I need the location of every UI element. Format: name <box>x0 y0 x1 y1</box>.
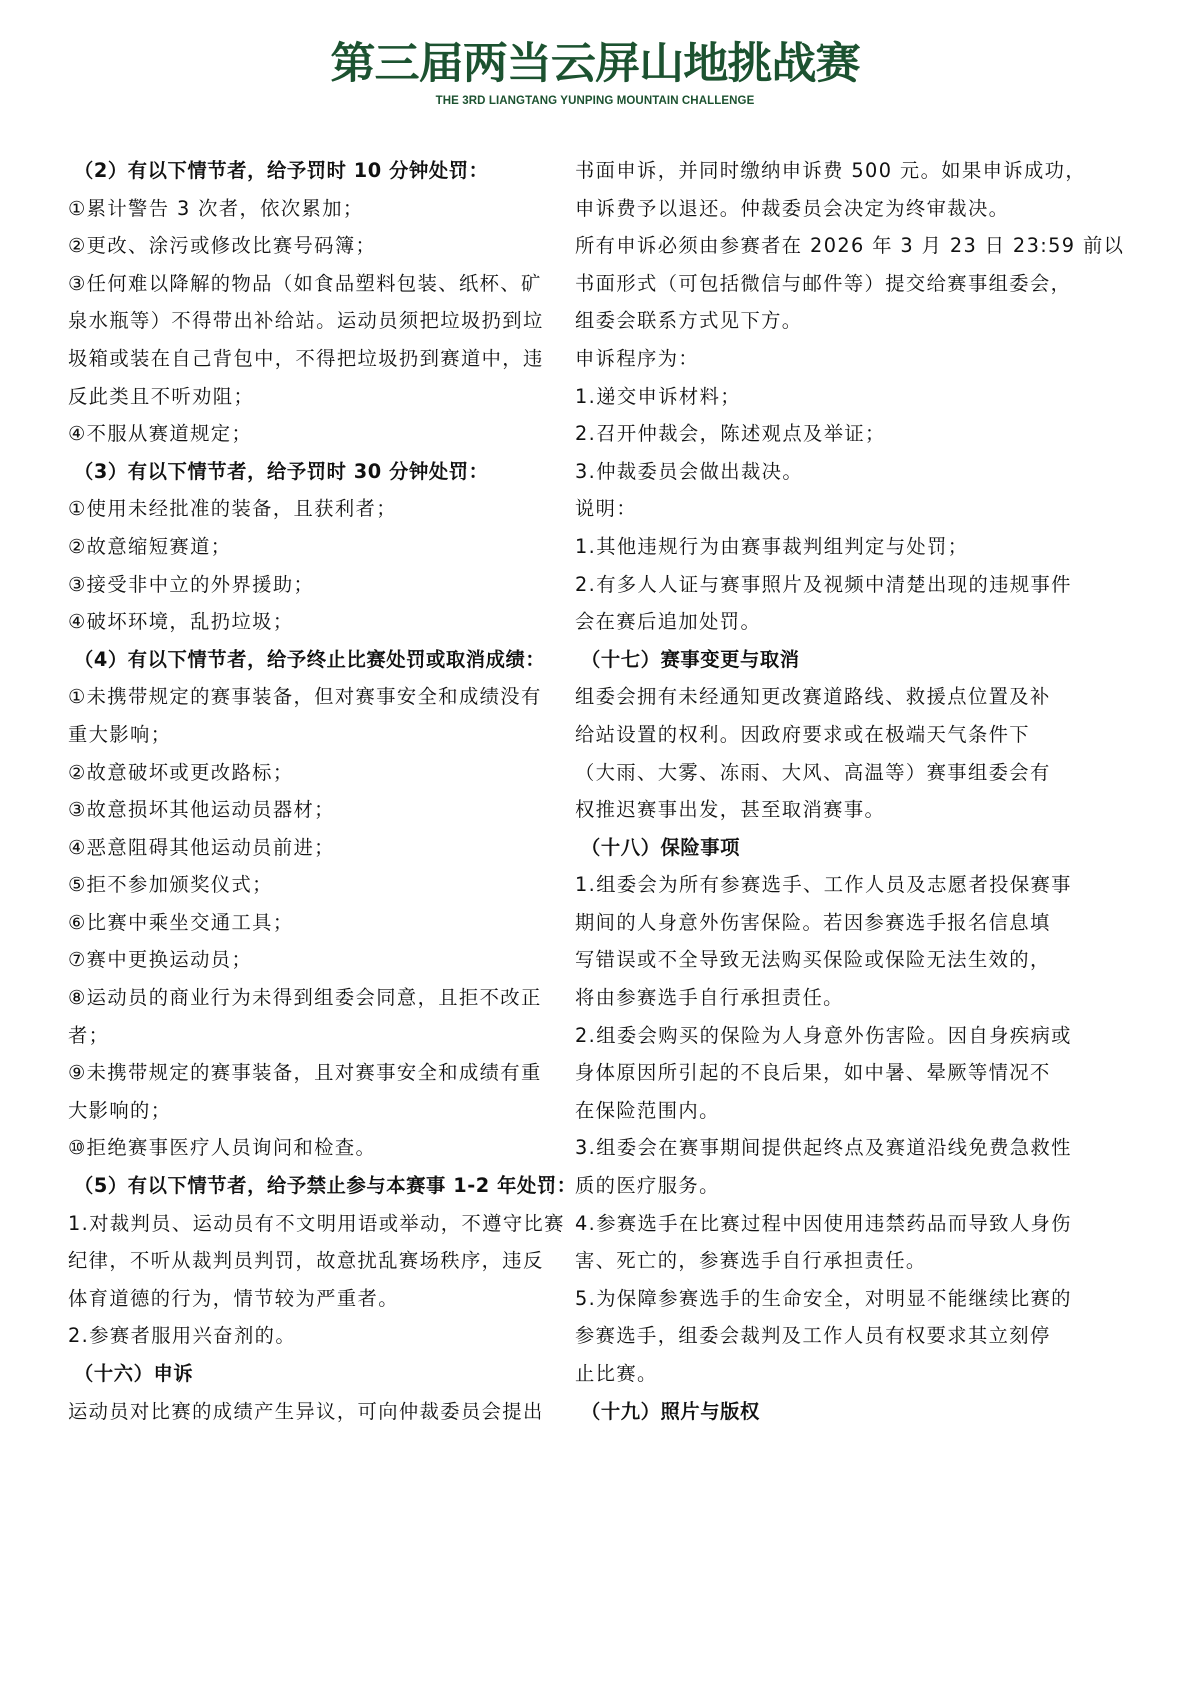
paragraph-line: ②更改、涂污或修改比赛号码簿； <box>68 227 558 265</box>
paragraph-line: ⑤拒不参加颁奖仪式； <box>68 866 558 904</box>
paragraph-line: ⑦赛中更换运动员； <box>68 941 558 979</box>
paragraph-line: ④不服从赛道规定； <box>68 415 558 453</box>
paragraph-line: 说明： <box>575 490 1065 528</box>
paragraph-line: （大雨、大雾、冻雨、大风、高温等）赛事组委会有 <box>575 754 1065 792</box>
paragraph-line: 组委会联系方式见下方。 <box>575 302 1065 340</box>
section-heading: （十八）保险事项 <box>581 829 1065 867</box>
document-header: 第三届两当云屏山地挑战赛 THE 3RD LIANGTANG YUNPING M… <box>0 38 1190 108</box>
paragraph-line: 4.参赛选手在比赛过程中因使用违禁药品而导致人身伤 <box>575 1205 1065 1243</box>
paragraph-line: 2.召开仲裁会，陈述观点及举证； <box>575 415 1065 453</box>
paragraph-line: 泉水瓶等）不得带出补给站。运动员须把垃圾扔到垃 <box>68 302 558 340</box>
event-title-english: THE 3RD LIANGTANG YUNPING MOUNTAIN CHALL… <box>0 94 1190 108</box>
paragraph-line: 将由参赛选手自行承担责任。 <box>575 979 1065 1017</box>
paragraph-line: 纪律，不听从裁判员判罚，故意扰乱赛场秩序，违反 <box>68 1242 558 1280</box>
paragraph-line: 5.为保障参赛选手的生命安全，对明显不能继续比赛的 <box>575 1280 1065 1318</box>
right-column: 书面申诉，并同时缴纳申诉费 500 元。如果申诉成功，申诉费予以退还。仲裁委员会… <box>575 152 1065 1430</box>
paragraph-line: 组委会拥有未经通知更改赛道路线、救援点位置及补 <box>575 678 1065 716</box>
paragraph-line: 者； <box>68 1017 558 1055</box>
paragraph-line: 运动员对比赛的成绩产生异议，可向仲裁委员会提出 <box>68 1393 558 1431</box>
paragraph-line: 书面申诉，并同时缴纳申诉费 500 元。如果申诉成功， <box>575 152 1065 190</box>
paragraph-line: 1.其他违规行为由赛事裁判组判定与处罚； <box>575 528 1065 566</box>
paragraph-line: 给站设置的权利。因政府要求或在极端天气条件下 <box>575 716 1065 754</box>
paragraph-line: ①未携带规定的赛事装备，但对赛事安全和成绩没有 <box>68 678 558 716</box>
paragraph-line: ④恶意阻碍其他运动员前进； <box>68 829 558 867</box>
paragraph-line: ⑧运动员的商业行为未得到组委会同意，且拒不改正 <box>68 979 558 1017</box>
section-heading: （2）有以下情节者，给予罚时 10 分钟处罚： <box>74 152 558 190</box>
paragraph-line: 体育道德的行为，情节较为严重者。 <box>68 1280 558 1318</box>
section-heading: （3）有以下情节者，给予罚时 30 分钟处罚： <box>74 453 558 491</box>
paragraph-line: 1.对裁判员、运动员有不文明用语或举动，不遵守比赛 <box>68 1205 558 1243</box>
paragraph-line: ⑩拒绝赛事医疗人员询问和检查。 <box>68 1129 558 1167</box>
paragraph-line: 写错误或不全导致无法购买保险或保险无法生效的， <box>575 941 1065 979</box>
paragraph-line: ①使用未经批准的装备，且获利者； <box>68 490 558 528</box>
paragraph-line: 大影响的； <box>68 1092 558 1130</box>
paragraph-line: ③任何难以降解的物品（如食品塑料包装、纸杯、矿 <box>68 265 558 303</box>
paragraph-line: ②故意破坏或更改路标； <box>68 754 558 792</box>
left-column: （2）有以下情节者，给予罚时 10 分钟处罚：①累计警告 3 次者，依次累加；②… <box>68 152 558 1430</box>
paragraph-line: ①累计警告 3 次者，依次累加； <box>68 190 558 228</box>
paragraph-line: 申诉费予以退还。仲裁委员会决定为终审裁决。 <box>575 190 1065 228</box>
paragraph-line: 身体原因所引起的不良后果，如中暑、晕厥等情况不 <box>575 1054 1065 1092</box>
paragraph-line: ④破坏环境，乱扔垃圾； <box>68 603 558 641</box>
paragraph-line: 书面形式（可包括微信与邮件等）提交给赛事组委会， <box>575 265 1065 303</box>
paragraph-line: 圾箱或装在自己背包中，不得把垃圾扔到赛道中，违 <box>68 340 558 378</box>
paragraph-line: 参赛选手，组委会裁判及工作人员有权要求其立刻停 <box>575 1317 1065 1355</box>
paragraph-line: 期间的人身意外伤害保险。若因参赛选手报名信息填 <box>575 904 1065 942</box>
section-heading: （5）有以下情节者，给予禁止参与本赛事 1-2 年处罚： <box>74 1167 558 1205</box>
paragraph-line: ⑥比赛中乘坐交通工具； <box>68 904 558 942</box>
paragraph-line: 2.组委会购买的保险为人身意外伤害险。因自身疾病或 <box>575 1017 1065 1055</box>
event-title-chinese: 第三届两当云屏山地挑战赛 <box>330 38 859 90</box>
paragraph-line: 在保险范围内。 <box>575 1092 1065 1130</box>
paragraph-line: 止比赛。 <box>575 1355 1065 1393</box>
paragraph-line: 2.参赛者服用兴奋剂的。 <box>68 1317 558 1355</box>
paragraph-line: 重大影响； <box>68 716 558 754</box>
paragraph-line: 质的医疗服务。 <box>575 1167 1065 1205</box>
paragraph-line: 权推迟赛事出发，甚至取消赛事。 <box>575 791 1065 829</box>
paragraph-line: 会在赛后追加处罚。 <box>575 603 1065 641</box>
paragraph-line: ③接受非中立的外界援助； <box>68 566 558 604</box>
paragraph-line: ⑨未携带规定的赛事装备，且对赛事安全和成绩有重 <box>68 1054 558 1092</box>
paragraph-line: 所有申诉必须由参赛者在 2026 年 3 月 23 日 23:59 前以 <box>575 227 1065 265</box>
paragraph-line: 3.仲裁委员会做出裁决。 <box>575 453 1065 491</box>
paragraph-line: 1.递交申诉材料； <box>575 378 1065 416</box>
paragraph-line: 反此类且不听劝阻； <box>68 378 558 416</box>
paragraph-line: 3.组委会在赛事期间提供起终点及赛道沿线免费急救性 <box>575 1129 1065 1167</box>
section-heading: （4）有以下情节者，给予终止比赛处罚或取消成绩： <box>74 641 558 679</box>
section-heading: （十六）申诉 <box>74 1355 558 1393</box>
paragraph-line: 1.组委会为所有参赛选手、工作人员及志愿者投保赛事 <box>575 866 1065 904</box>
paragraph-line: ③故意损坏其他运动员器材； <box>68 791 558 829</box>
paragraph-line: 申诉程序为： <box>575 340 1065 378</box>
paragraph-line: ②故意缩短赛道； <box>68 528 558 566</box>
section-heading: （十七）赛事变更与取消 <box>581 641 1065 679</box>
section-heading: （十九）照片与版权 <box>581 1393 1065 1431</box>
paragraph-line: 2.有多人人证与赛事照片及视频中清楚出现的违规事件 <box>575 566 1065 604</box>
paragraph-line: 害、死亡的，参赛选手自行承担责任。 <box>575 1242 1065 1280</box>
